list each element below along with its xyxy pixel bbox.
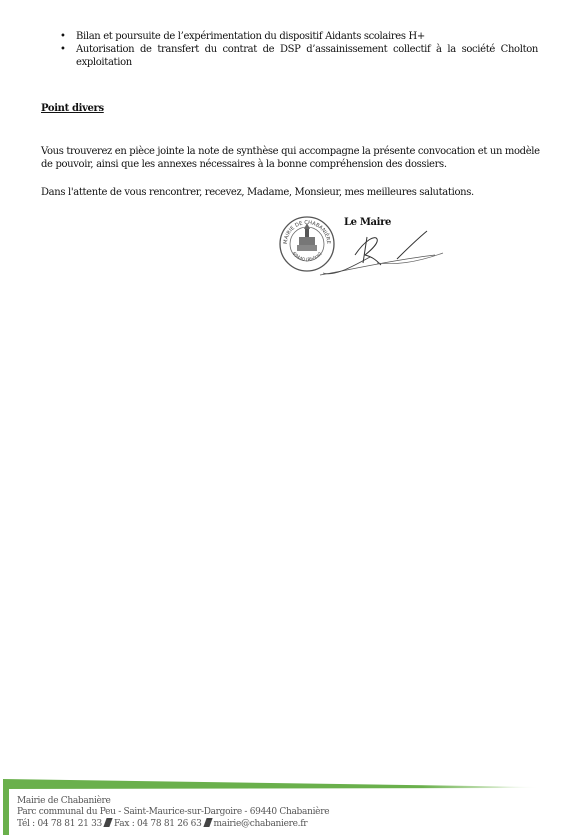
agenda-item: • Bilan et poursuite de l’expérimentatio… xyxy=(58,30,538,43)
footer-fax: Fax : 04 78 81 26 63 xyxy=(114,819,202,829)
section-heading: Point divers xyxy=(41,102,104,115)
footer-contact: Tél : 04 78 81 21 33Fax : 04 78 81 26 63… xyxy=(17,818,307,830)
body-paragraph-line: Vous trouverez en pièce jointe la note d… xyxy=(41,145,540,158)
agenda-item-text-line1: Autorisation de transfert du contrat de … xyxy=(76,43,538,56)
footer-org: Mairie de Chabanière xyxy=(17,796,111,807)
footer-address: Parc communal du Peu - Saint-Maurice-sur… xyxy=(17,807,329,818)
closing-paragraph: Dans l'attente de vous rencontrer, recev… xyxy=(41,186,474,199)
separator-slash-icon xyxy=(103,818,112,827)
footer-accent-band xyxy=(0,774,582,794)
separator-slash-icon xyxy=(203,818,212,827)
handwritten-signature xyxy=(315,225,445,280)
document-page: • Bilan et poursuite de l’expérimentatio… xyxy=(0,0,582,835)
agenda-list: • Bilan et poursuite de l’expérimentatio… xyxy=(58,30,538,69)
body-paragraph-line: de pouvoir, ainsi que les annexes nécess… xyxy=(41,158,447,171)
footer-accent-bar xyxy=(3,780,9,835)
agenda-item-text: Bilan et poursuite de l’expérimentation … xyxy=(76,31,425,42)
agenda-item: • Autorisation de transfert du contrat d… xyxy=(58,43,538,69)
footer-email[interactable]: mairie@chabaniere.fr xyxy=(214,819,308,829)
bullet-icon: • xyxy=(60,30,66,43)
bullet-icon: • xyxy=(60,43,66,56)
footer-phone: Tél : 04 78 81 21 33 xyxy=(17,819,102,829)
agenda-item-text-line2: exploitation xyxy=(76,57,132,68)
